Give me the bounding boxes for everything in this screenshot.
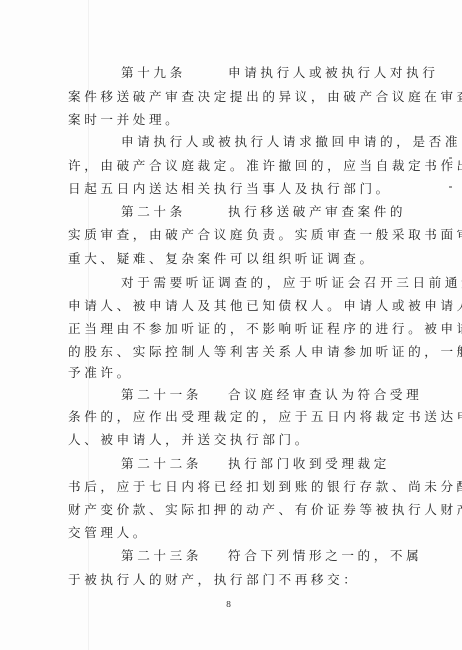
body-line: 条件的，应作出受理裁定的，应于五日内将裁定书送达申请 <box>68 408 398 426</box>
article-text: 符合下列情形之一的，不属 <box>228 548 422 563</box>
scan-speck <box>449 157 452 159</box>
article-text: 执行移送破产审查案件的 <box>228 204 406 219</box>
article-19-heading-line: 第十九条申请执行人或被执行人对执行 <box>121 64 451 82</box>
body-line: 许，由破产合议庭裁定。准许撤回的，应当自裁定书作出之 <box>68 157 398 175</box>
article-number: 第二十一条 <box>121 386 228 404</box>
article-number: 第二十三条 <box>121 547 228 565</box>
body-line: 案件移送破产审查决定提出的异议，由破产合议庭在审查立 <box>68 88 398 106</box>
body-line: 的股东、实际控制人等利害关系人申请参加听证的，一般应 <box>68 343 398 361</box>
body-line: 正当理由不参加听证的，不影响听证程序的进行。被申请人 <box>68 320 398 338</box>
page-number: 8 <box>226 600 231 610</box>
body-line: 财产变价款、实际扣押的动产、有价证券等被执行人财产移 <box>68 501 398 519</box>
article-number: 第十九条 <box>121 64 228 82</box>
article-text: 申请执行人或被执行人对执行 <box>228 65 439 80</box>
article-20-heading-line: 第二十条执行移送破产审查案件的 <box>121 203 451 221</box>
body-line: 书后，应于七日内将已经扣划到账的银行存款、尚未分配的 <box>68 478 398 496</box>
body-line: 实质审查，由破产合议庭负责。实质审查一般采取书面审查， <box>68 226 398 244</box>
body-line: 交管理人。 <box>68 524 398 542</box>
article-text: 执行部门收到受理裁定 <box>228 456 390 471</box>
body-line: 案时一并处理。 <box>68 111 398 129</box>
body-line: 申请人、被申请人及其他已知债权人。申请人或被申请人无 <box>68 297 398 315</box>
body-line: 重大、疑难、复杂案件可以组织听证调查。 <box>68 250 398 268</box>
document-page: 第十九条申请执行人或被执行人对执行 案件移送破产审查决定提出的异议，由破产合议庭… <box>0 0 462 650</box>
body-line: 日起五日内送达相关执行当事人及执行部门。 <box>68 180 398 198</box>
body-line: 于被执行人的财产，执行部门不再移交： <box>68 571 398 589</box>
body-line: 予准许。 <box>68 364 398 382</box>
scan-speck <box>449 186 452 188</box>
paragraph-start-line: 对于需要听证调查的，应于听证会召开三日前通知 <box>121 274 451 292</box>
body-line: 人、被申请人，并送交执行部门。 <box>68 431 398 449</box>
article-21-heading-line: 第二十一条合议庭经审查认为符合受理 <box>121 386 451 404</box>
article-number: 第二十条 <box>121 203 228 221</box>
article-number: 第二十二条 <box>121 455 228 473</box>
paragraph-start-line: 申请执行人或被执行人请求撤回申请的，是否准 <box>121 133 451 151</box>
article-text: 合议庭经审查认为符合受理 <box>228 387 422 402</box>
article-22-heading-line: 第二十二条执行部门收到受理裁定 <box>121 455 451 473</box>
article-23-heading-line: 第二十三条符合下列情形之一的，不属 <box>121 547 451 565</box>
